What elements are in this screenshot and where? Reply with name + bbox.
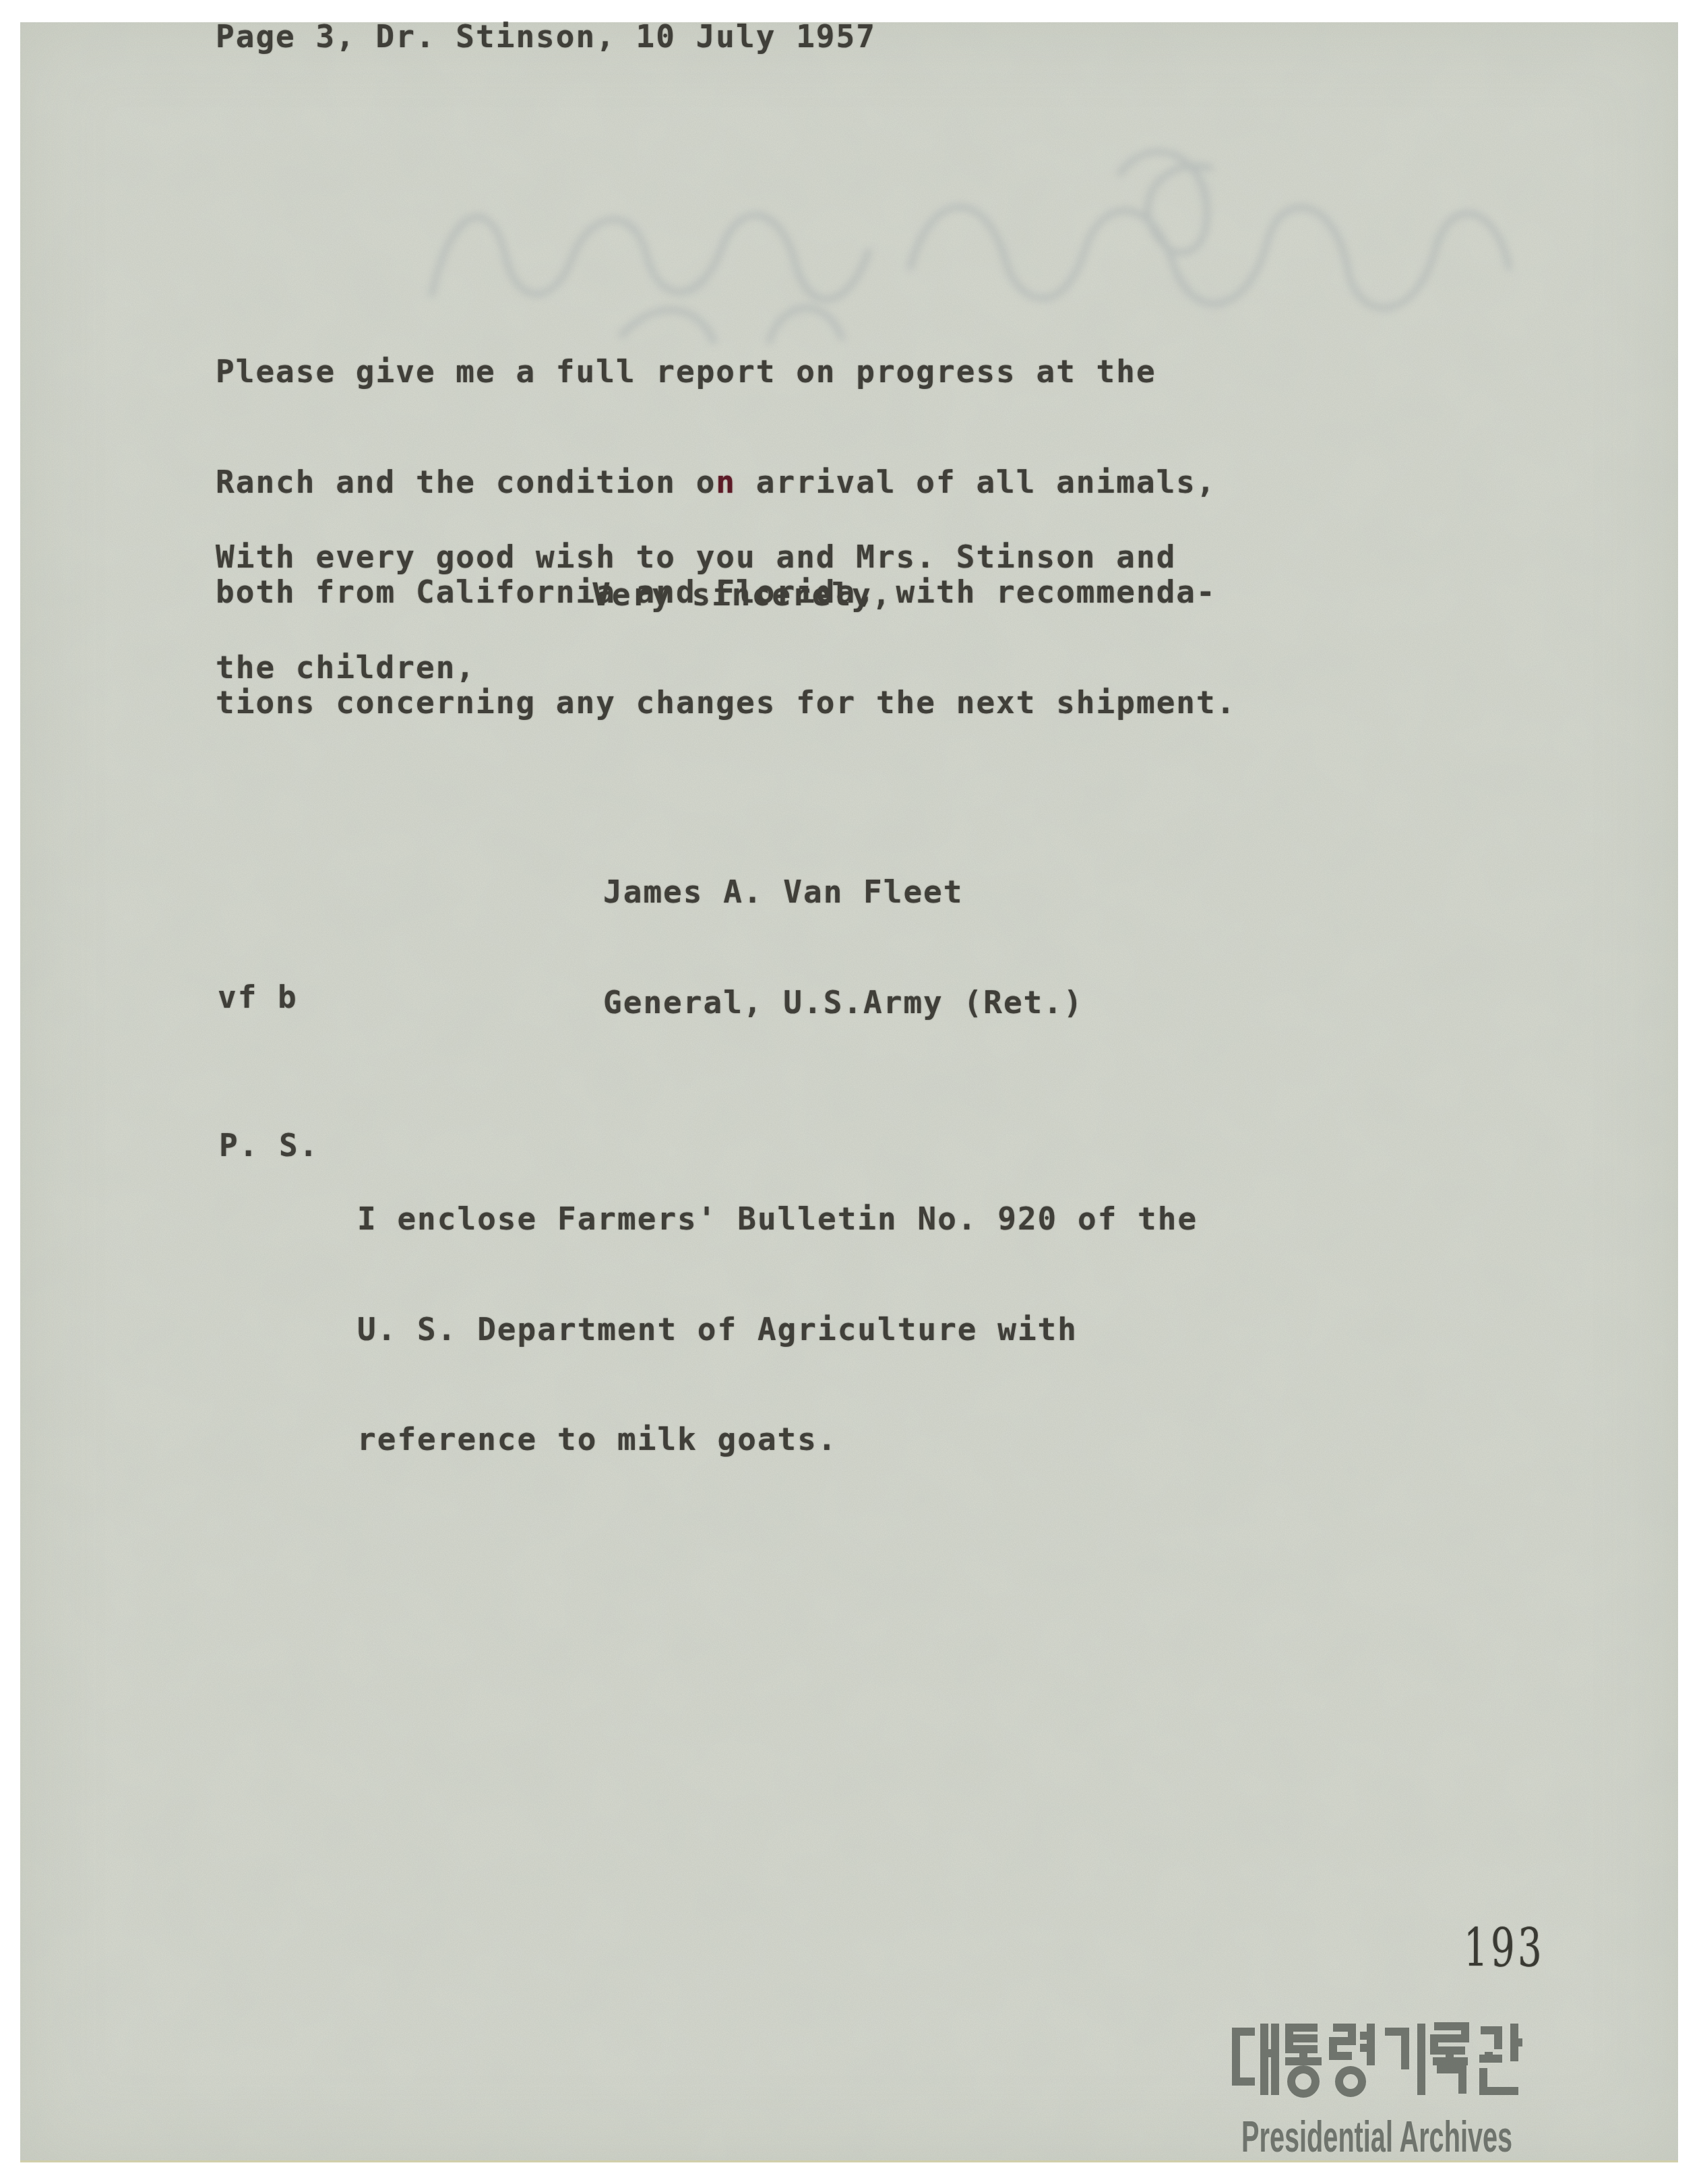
page-header-line: Page 3, Dr. Stinson, 10 July 1957 (216, 18, 876, 55)
closing-line: Very sincerely, (592, 576, 892, 613)
postscript-label: P. S. (219, 1127, 319, 1164)
paragraph2-line1: With every good wish to you and Mrs. Sti… (216, 539, 1176, 576)
postscript-line1: I enclose Farmers' Bulletin No. 920 of t… (357, 1201, 1198, 1238)
typist-initials: vf b (218, 979, 298, 1016)
watermark-english-label: Presidential Archives (1241, 2115, 1512, 2158)
postscript-block: I enclose Farmers' Bulletin No. 920 of t… (357, 1127, 1198, 1494)
signature-name: James A. Van Fleet (603, 874, 1084, 911)
postscript-line2: U. S. Department of Agriculture with (357, 1311, 1198, 1348)
page-number-stamp: 193 (1464, 1922, 1545, 1975)
paragraph2-line2: the children, (216, 649, 1176, 686)
paragraph1-line1: Please give me a full report on progress… (216, 353, 1236, 390)
korean-watermark: 대통령기록관 (1232, 2021, 1528, 2099)
hangul-glyphs-drawing (1232, 2021, 1528, 2099)
signature-title: General, U.S.Army (Ret.) (603, 984, 1084, 1021)
signature-block: James A. Van Fleet General, U.S.Army (Re… (603, 800, 1084, 1058)
postscript-line3: reference to milk goats. (357, 1421, 1198, 1458)
